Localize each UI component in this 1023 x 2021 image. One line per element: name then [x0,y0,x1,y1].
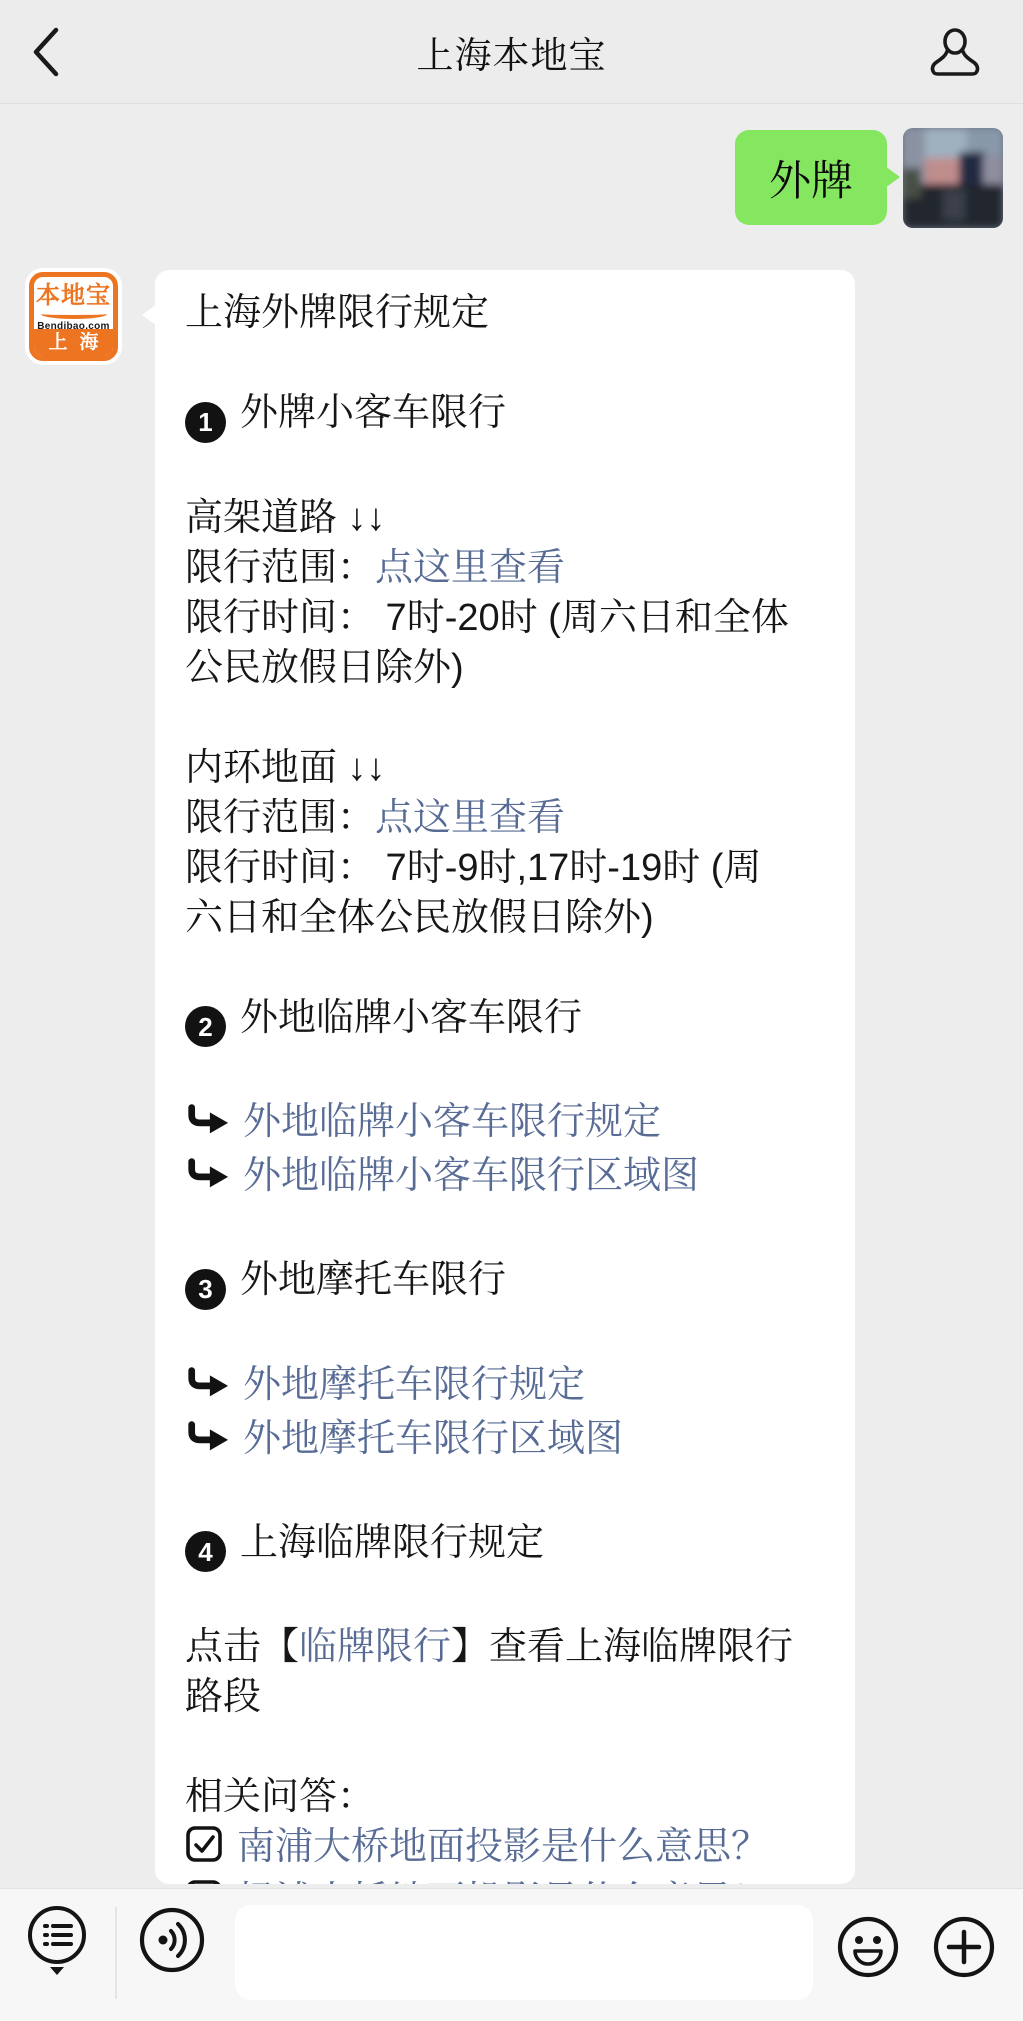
arrow-right-icon [185,1101,229,1151]
input-bar-divider [115,1907,117,1999]
message-line: 杨浦大桥地面投影是什么意思？ [185,1876,825,1884]
person-icon [929,28,981,78]
message-text: 限行时间： 7时-20时 (周六日和全体 [185,597,789,639]
numbered-badge: 1 [185,402,226,443]
message-line: 公民放假日除外) [185,643,825,693]
message-line: 外地临牌小客车限行规定 [185,1097,825,1151]
numbered-badge: 2 [185,1006,226,1047]
user-message-text: 外牌 [769,148,853,208]
user-message-row: 外牌 [735,130,1003,228]
paragraph-gap [185,693,825,743]
message-line: 1外牌小客车限行 [185,388,825,443]
message-text: 】查看上海临牌限行 [451,1626,793,1668]
message-body: 上海外牌限行规定1外牌小客车限行高架道路 ↓↓限行范围：点这里查看限行时间： 7… [185,288,825,1884]
voice-input-icon [138,1906,206,1974]
message-text: 外地临牌小客车限行 [240,997,582,1039]
paragraph-gap [185,1572,825,1622]
message-text: 上海临牌限行规定 [240,1522,544,1564]
message-text: 相关问答： [185,1776,375,1818]
message-line: 限行范围：点这里查看 [185,543,825,593]
paragraph-gap [185,1047,825,1097]
page-title: 上海本地宝 [0,25,1023,79]
user-avatar-photo [903,128,1003,228]
user-avatar[interactable] [903,128,1003,228]
voice-input-button[interactable] [138,1906,206,1974]
message-text: 公民放假日除外) [185,647,464,689]
bubble-tail [142,304,157,326]
arrow-right-icon [185,1155,229,1205]
message-line: 点击【临牌限行】查看上海临牌限行 [185,1622,825,1672]
message-text: 限行范围： [185,547,375,589]
message-line: 内环地面 ↓↓ [185,743,825,793]
message-link[interactable]: 点这里查看 [375,797,565,839]
message-text: 内环地面 ↓↓ [185,747,386,789]
more-actions-button[interactable] [932,1915,996,1979]
message-link[interactable]: 临牌限行 [299,1626,451,1668]
keyboard-menu-toggle-button[interactable] [28,1905,90,1989]
oa-logo-city: 上海 [34,329,113,356]
bubble-tail [885,166,900,188]
checkbox-checked-icon [185,1825,223,1876]
message-text: 限行范围： [185,797,375,839]
message-line: 外地摩托车限行区域图 [185,1414,825,1468]
message-line: 高架道路 ↓↓ [185,493,825,543]
message-line: 六日和全体公民放假日除外) [185,893,825,943]
user-message-bubble[interactable]: 外牌 [735,130,887,225]
message-text: 六日和全体公民放假日除外) [185,897,654,939]
message-line: 限行时间： 7时-9时,17时-19时 (周 [185,843,825,893]
message-line: 外地摩托车限行规定 [185,1360,825,1414]
numbered-badge: 4 [185,1531,226,1572]
oa-avatar[interactable]: 本地宝 Bendibao.com 上海 [25,268,122,365]
oa-logo: 本地宝 Bendibao.com 上海 [29,272,118,361]
message-line: 限行范围：点这里查看 [185,793,825,843]
paragraph-gap [185,1205,825,1255]
chat-scroll-area[interactable]: 外牌 [0,105,1023,1888]
message-link[interactable]: 外地临牌小客车限行区域图 [243,1155,699,1197]
emoji-icon [836,1915,900,1979]
paragraph-gap [185,443,825,493]
message-text: 外牌小客车限行 [240,392,506,434]
arrow-right-icon [185,1418,229,1468]
message-line: 外地临牌小客车限行区域图 [185,1151,825,1205]
message-text: 限行时间： 7时-9时,17时-19时 (周 [185,847,761,889]
message-link[interactable]: 杨浦大桥地面投影是什么意思？ [237,1880,769,1884]
message-text-input[interactable] [235,1905,813,2000]
emoji-button[interactable] [836,1915,900,1979]
message-line: 上海外牌限行规定 [185,288,825,338]
paragraph-gap [185,1310,825,1360]
message-line: 相关问答： [185,1772,825,1822]
message-link[interactable]: 点这里查看 [375,547,565,589]
oa-logo-arc [41,309,107,319]
message-link[interactable]: 外地临牌小客车限行规定 [243,1101,661,1143]
message-line: 南浦大桥地面投影是什么意思？ [185,1822,825,1876]
message-text: 路段 [185,1676,261,1718]
oa-logo-name: 本地宝 [34,283,113,309]
message-text: 高架道路 ↓↓ [185,497,386,539]
oa-message-bubble[interactable]: 上海外牌限行规定1外牌小客车限行高架道路 ↓↓限行范围：点这里查看限行时间： 7… [155,270,855,1884]
message-text: 点击【 [185,1626,299,1668]
message-text: 上海外牌限行规定 [185,292,489,334]
contact-profile-button[interactable] [929,28,981,78]
paragraph-gap [185,1468,825,1518]
message-link[interactable]: 外地摩托车限行规定 [243,1364,585,1406]
message-link[interactable]: 南浦大桥地面投影是什么意思？ [237,1826,769,1868]
message-line: 3外地摩托车限行 [185,1255,825,1310]
keyboard-menu-icon [28,1905,90,1989]
message-line: 4上海临牌限行规定 [185,1518,825,1573]
message-link[interactable]: 外地摩托车限行区域图 [243,1418,623,1460]
message-line: 限行时间： 7时-20时 (周六日和全体 [185,593,825,643]
plus-icon [932,1915,996,1979]
paragraph-gap [185,1722,825,1772]
message-line: 2外地临牌小客车限行 [185,993,825,1048]
chat-input-bar [0,1888,1023,2021]
navigation-bar: 上海本地宝 [0,0,1023,104]
paragraph-gap [185,943,825,993]
numbered-badge: 3 [185,1269,226,1310]
arrow-right-icon [185,1364,229,1414]
message-text: 外地摩托车限行 [240,1259,506,1301]
paragraph-gap [185,338,825,388]
checkbox-checked-icon [185,1879,223,1884]
message-line: 路段 [185,1672,825,1722]
